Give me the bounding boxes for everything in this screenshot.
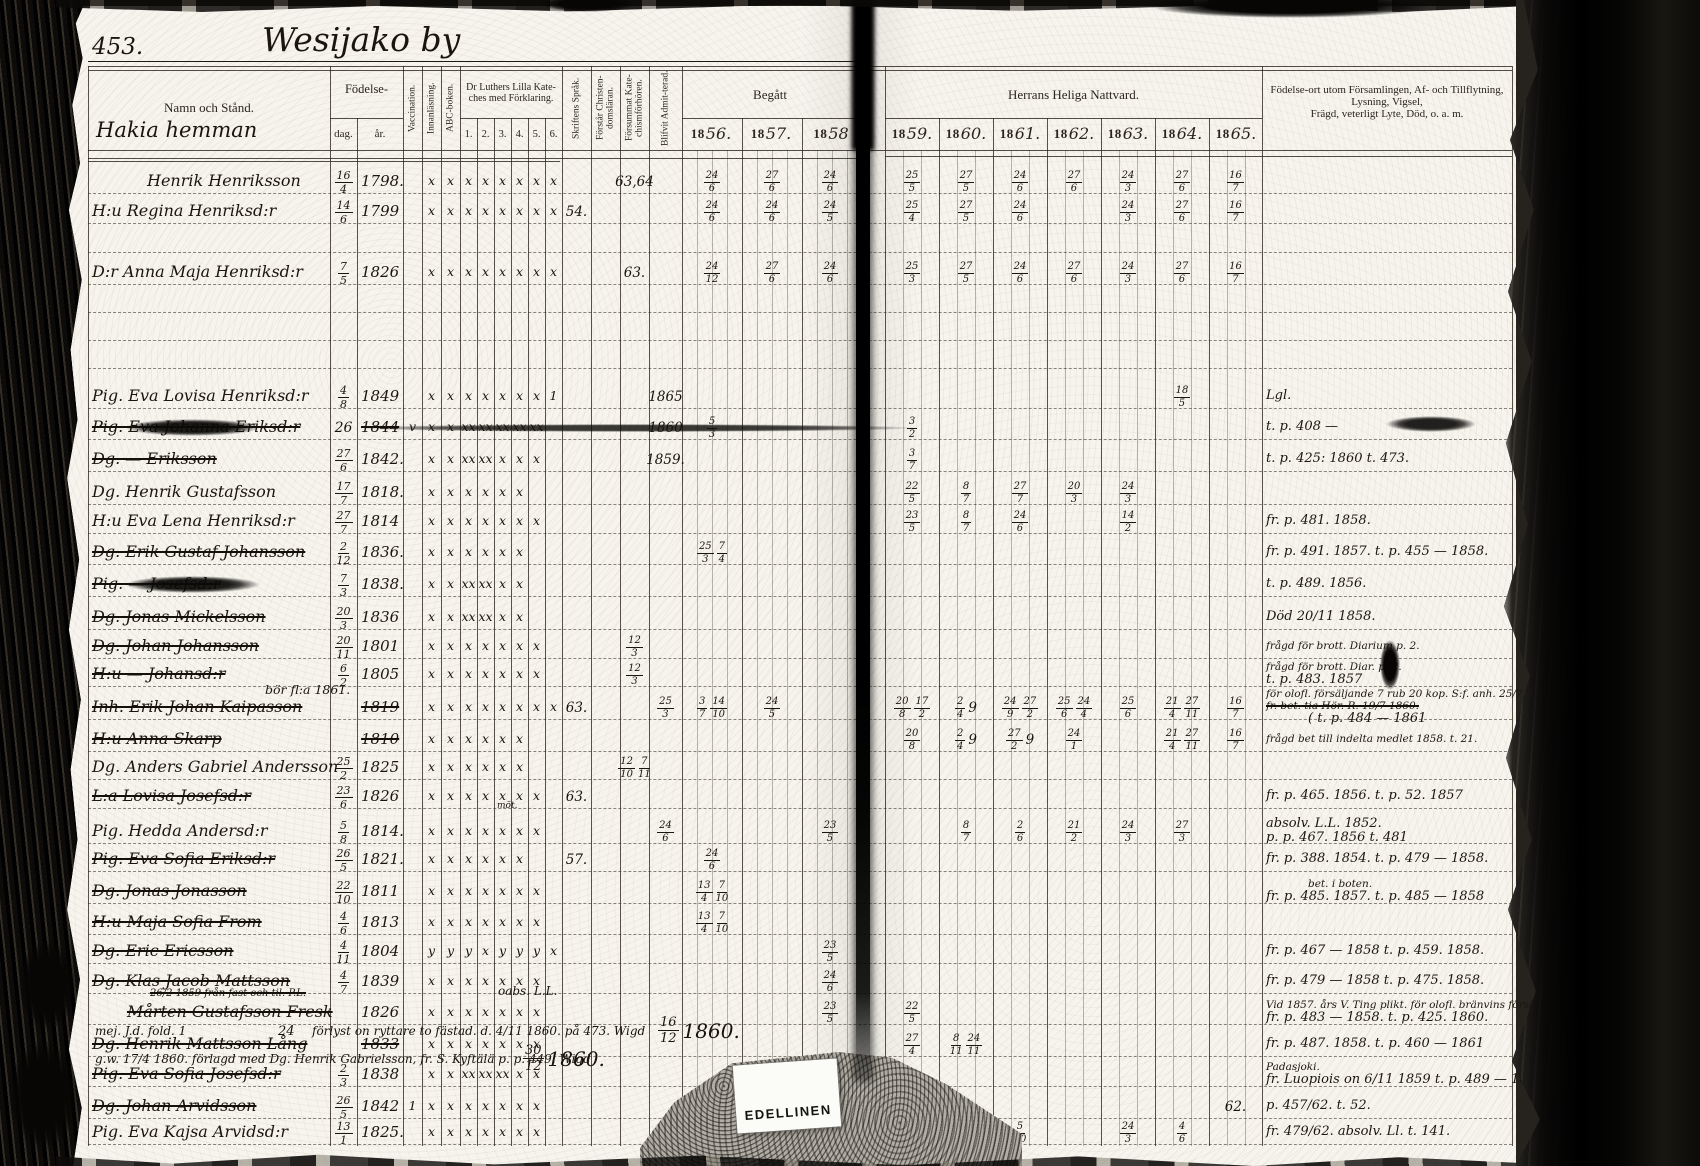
mark-cell: x [477, 1036, 495, 1051]
mark-cell: x [477, 1098, 495, 1113]
mark-cell: x [460, 666, 478, 681]
interline-note: g.w. 17/4 1860. förlagd med Dg. Henrik G… [95, 1052, 591, 1066]
grid-line [562, 66, 563, 1146]
scanned-parish-register-page: 453. Wesijako by Namn och Stånd. Födelse… [0, 0, 1700, 1166]
column-header-vaccination: Vaccination. [403, 68, 422, 148]
grid-line [787, 150, 788, 1146]
row-name: Dg. Jonas Jonasson [92, 881, 247, 900]
previous-page-label: EDELLINEN [744, 1102, 832, 1123]
note-line: frågd bet till indelta medlet 1858. t. 2… [1266, 733, 1512, 745]
mark-cell: x [423, 1004, 441, 1019]
ruled-line [88, 284, 1512, 285]
ruled-line [88, 340, 1512, 341]
row-birth-day: 26 [330, 418, 357, 438]
mark-cell: x [460, 1036, 478, 1051]
mark-cell: x [494, 264, 512, 279]
ruled-line [88, 934, 1512, 935]
communion-date: 275 [938, 263, 994, 283]
mark-cell: xx [477, 576, 495, 591]
row-birth-day: 58 [330, 822, 357, 842]
row-birth-year: 1819 [361, 698, 399, 716]
mark-cell: x [528, 203, 546, 218]
row-birth-year: 1810 [361, 730, 399, 748]
mark-cell: x [442, 823, 460, 838]
grid-line [885, 156, 1512, 157]
column-header-birth-year: år. [357, 120, 403, 148]
ruled-line [88, 368, 1512, 369]
communion-date: 246 [802, 972, 858, 992]
grid-line [649, 66, 650, 1146]
note-line: fr. Luopiois on 6/11 1859 t. p. 489 — 18… [1266, 1073, 1512, 1087]
mark-cell: x [494, 173, 512, 188]
mark-cell: x [423, 513, 441, 528]
mark-cell: x [494, 731, 512, 746]
mark-cell: x [460, 759, 478, 774]
mark-cell: x [477, 388, 495, 403]
mark-cell: x [477, 203, 495, 218]
catechism-subcolumn-label: 4. [511, 120, 528, 148]
ink-smear [540, 0, 635, 12]
grid-line [847, 150, 848, 1146]
mark-cell: x [460, 1124, 478, 1139]
mark-cell: x [423, 1036, 441, 1051]
grid-line [460, 118, 562, 119]
row-birth-year: 1805 [361, 665, 399, 683]
column-header-notes-line2: Frägd, veterligt Lyte, Död, o. a. m. [1266, 106, 1508, 122]
grid-line [1119, 150, 1120, 1146]
row-name: Dg. Jonas Mickelsson [92, 607, 266, 626]
communion-date: 167 [1208, 698, 1264, 718]
communion-date: 273 [1154, 822, 1210, 842]
mark-cell: x [477, 699, 495, 714]
mark-cell: x [423, 823, 441, 838]
column-header-reading: Innanläsning. [422, 68, 441, 148]
communion-date: 246 [638, 822, 694, 842]
row-birth-day: 146 [330, 202, 357, 222]
mark-cell: x [528, 666, 546, 681]
grid-line [330, 118, 403, 119]
ink-smear [1150, 0, 1430, 18]
row-birth-day: 2210 [330, 882, 357, 902]
mark-cell: x [477, 638, 495, 653]
ruled-line [88, 533, 1512, 534]
note-line: fr. p. 487. 1858. t. p. 460 — 1861 [1266, 1037, 1512, 1051]
row-name: H:u Anna Skarp [92, 729, 222, 748]
communion-date: 246 [802, 263, 858, 283]
grid-line [885, 66, 886, 1146]
mark-cell: x [494, 203, 512, 218]
mark-cell: y [494, 943, 512, 958]
grid-line [357, 118, 358, 1146]
mark-cell: x [460, 638, 478, 653]
mark-cell: x [460, 973, 478, 988]
mark-cell: x [511, 883, 529, 898]
ruled-line [88, 193, 1512, 194]
communion-date: 256 [1100, 698, 1156, 718]
row-birth-year: 1836 [361, 608, 399, 626]
communion-date: 87 [938, 483, 994, 503]
row-name: Dg. Johan Johansson [92, 636, 259, 655]
communion-date: 276 [1154, 263, 1210, 283]
row-note: för olofl. försäljande 7 rub 20 kop. S:f… [1266, 688, 1512, 726]
communion-date: 274 [884, 1035, 940, 1055]
row-birth-day: 131 [330, 1123, 357, 1143]
mark-cell: x [528, 883, 546, 898]
row-note: absolv. L.L. 1852.p. p. 467. 1856 t. 481 [1266, 817, 1512, 845]
communion-date: 87 [938, 822, 994, 842]
row-note: frågd bet till indelta medlet 1858. t. 2… [1266, 733, 1512, 745]
ruled-line [88, 751, 1512, 752]
book-gutter [856, 0, 870, 1078]
grid-line [832, 150, 833, 1146]
mark-cell: x [442, 609, 460, 624]
communion-date: 2412 [684, 263, 740, 283]
communion-date: 253 [884, 263, 940, 283]
communion-year-label: 1861. [993, 119, 1047, 148]
mark-cell: x [494, 1004, 512, 1019]
row-birth-day: 277 [330, 512, 357, 532]
communion-date: 246 [684, 172, 740, 192]
row-birth-day: 203 [330, 608, 357, 628]
communion-date: 243 [1100, 822, 1156, 842]
communion-date: 256244 [1046, 698, 1102, 718]
communion-date: 212 [1046, 822, 1102, 842]
grid-line [682, 66, 683, 1146]
row-name: Pig. Eva Lovisa Henriksd:r [92, 386, 309, 405]
row-birth-year: 1826 [361, 263, 399, 281]
wedding-date: 30121860. [523, 1044, 605, 1073]
grid-line [1083, 150, 1084, 1146]
mark-cell: x [460, 851, 478, 866]
mark-cell: x [442, 576, 460, 591]
row-note: Vid 1857. års V. Ting plikt. för olofl. … [1266, 999, 1512, 1025]
communion-year-label: 1864. [1155, 119, 1209, 148]
communion-date: 246 [684, 850, 740, 870]
row-note: fr. p. 481. 1858. [1266, 514, 1512, 528]
mark-cell: x [460, 914, 478, 929]
page-number: 453. [92, 34, 143, 60]
mark-cell: x [423, 203, 441, 218]
mark-cell: x [477, 823, 495, 838]
row-name: Henrik Henriksson [147, 171, 301, 190]
row-birth-year: 1818. [361, 483, 404, 501]
ruled-line [88, 808, 1512, 809]
mark-cell: x [423, 851, 441, 866]
mark-cell: x [494, 1098, 512, 1113]
ink-blot [8, 1040, 78, 1150]
mark-cell: x [460, 883, 478, 898]
mark-cell: x [423, 638, 441, 653]
mark-cell: x [528, 451, 546, 466]
grid-line [88, 66, 89, 1146]
communion-date: 37 [884, 450, 940, 470]
row-note: fr. p. 467 — 1858 t. p. 459. 1858. [1266, 944, 1512, 958]
communion-date: 208172 [884, 698, 940, 718]
communion-year-label: 1862. [1047, 119, 1101, 148]
row-birth-year: 1801 [361, 637, 399, 655]
mark-cell: x [477, 788, 495, 803]
ink-blot [18, 940, 76, 1030]
row-name: Dg. Henrik Gustafsson [92, 482, 276, 501]
mark-cell: x [511, 759, 529, 774]
communion-date: 275 [938, 172, 994, 192]
mark-cell: y [460, 943, 478, 958]
note-line: fr. p. 465. 1856. t. p. 52. 1857 [1266, 789, 1512, 803]
row-name: H:u Eva Lena Henriksd:r [92, 511, 295, 530]
communion-date: 134710 [684, 913, 740, 933]
column-header-scripture: Skriftens Språk. [562, 68, 591, 148]
row-note: fr. 479/62. absolv. Ll. t. 141. [1266, 1125, 1512, 1139]
row-birth-year: 1838 [361, 1065, 399, 1083]
mark-cell: x [494, 823, 512, 838]
mark-cell: x [442, 914, 460, 929]
ruled-line [88, 223, 1512, 224]
row-birth-year: 1804 [361, 942, 399, 960]
mark-cell: x [442, 851, 460, 866]
communion-date: 275 [938, 202, 994, 222]
communion-date: 246 [992, 263, 1048, 283]
mark-cell: x [528, 388, 546, 403]
row-subnote: 26/2 1859 från fast och til. P.L. [150, 988, 306, 999]
grid-line [903, 150, 904, 1146]
mark-cell: x [477, 973, 495, 988]
mark-cell: x [477, 914, 495, 929]
mark-cell: x [460, 388, 478, 403]
mark-cell: x [442, 1098, 460, 1113]
mark-cell: x [442, 1066, 460, 1081]
ruled-line [88, 596, 1512, 597]
grid-line [712, 150, 713, 1146]
mark-cell: x [442, 666, 460, 681]
communion-date: 246 [802, 172, 858, 192]
note-line: fr. p. 467 — 1858 t. p. 459. 1858. [1266, 944, 1512, 958]
mark-cell: x [423, 759, 441, 774]
mark-cell: x [494, 699, 512, 714]
row-birth-year: 1842 [361, 1097, 399, 1115]
mark-cell: x [442, 173, 460, 188]
communion-date: 243 [1100, 172, 1156, 192]
mark-cell: x [511, 638, 529, 653]
communion-date: 123 [607, 665, 663, 685]
mark-cell: x [511, 1004, 529, 1019]
mark-cell: x [423, 699, 441, 714]
mark-cell: x [477, 1004, 495, 1019]
grid-line [1173, 150, 1174, 1146]
title-underline [88, 61, 860, 62]
communion-date: 225 [884, 483, 940, 503]
mark-cell: x [460, 484, 478, 499]
mark-cell: x [511, 203, 529, 218]
interline-note: mej. J.d. fold. 1 [95, 1024, 186, 1038]
wedding-date: 16121860. [658, 1016, 740, 1045]
catechism-subcolumn-label: 1. [460, 120, 477, 148]
mark-cell: x [442, 638, 460, 653]
grid-line [742, 118, 743, 1146]
ruled-line [88, 439, 1512, 440]
row-birth-year: 1836. [361, 543, 404, 561]
communion-date: 276 [1046, 263, 1102, 283]
row-birth-year: 1826 [361, 1003, 399, 1021]
mark-cell: x [423, 544, 441, 559]
row-birth-year: 1813 [361, 913, 399, 931]
mark-cell: xx [460, 451, 478, 466]
row-birth-day: 411 [330, 942, 357, 962]
mark-cell: x [545, 173, 563, 188]
note-line: absolv. L.L. 1852. [1266, 817, 1512, 831]
communion-date: 62. [1208, 1097, 1264, 1117]
mark-cell: x [423, 609, 441, 624]
mark-cell: x [477, 264, 495, 279]
row-birth-day: 265 [330, 1097, 357, 1117]
row-name: Pig. Eva Sofia Eriksd:r [92, 849, 275, 868]
mark-cell: x [423, 576, 441, 591]
grid-line [727, 150, 728, 1146]
ink-blot [125, 576, 260, 593]
mark-cell: x [460, 264, 478, 279]
row-birth-day: 177 [330, 483, 357, 503]
row-birth-year: 1814. [361, 822, 404, 840]
mark-cell: xx [460, 1066, 478, 1081]
grid-line [1011, 150, 1012, 1146]
row-birth-year: 1849 [361, 387, 399, 405]
row-note: t. p. 489. 1856. [1266, 577, 1512, 591]
mark-cell: x [423, 388, 441, 403]
grid-line [1227, 150, 1228, 1146]
communion-date: 249272 [992, 698, 1048, 718]
mark-cell: x [442, 1036, 460, 1051]
row-name: Mårten Gustafsson Fresk [127, 1002, 333, 1021]
communion-year-label: 1860. [939, 119, 993, 148]
row-name: H:u — Johansd:r [92, 664, 226, 683]
row-birth-year: 1798. [361, 172, 404, 190]
communion-year-label: 1865. [1209, 119, 1263, 148]
ruled-line [88, 312, 1512, 313]
row-note: fr. p. 465. 1856. t. p. 52. 1857 [1266, 789, 1512, 803]
communion-date: 167 [1208, 172, 1264, 192]
note-line: fr. p. 491. 1857. t. p. 455 — 1858. [1266, 545, 1512, 559]
section-title: Hakia hemman [96, 118, 257, 142]
mark-cell: x [460, 731, 478, 746]
row-birth-year: 1825 [361, 758, 399, 776]
row-birth-day: 23 [330, 1065, 357, 1085]
communion-date: 235 [802, 942, 858, 962]
grid-line [88, 161, 560, 162]
communion-date: 1865 [638, 387, 694, 407]
mark-cell: x [477, 173, 495, 188]
mark-cell: x [494, 638, 512, 653]
communion-date: 63. [607, 263, 663, 283]
communion-date: 25374 [684, 543, 740, 563]
row-note: fr. p. 388. 1854. t. p. 479 — 1858. [1266, 852, 1512, 866]
mark-cell: x [460, 699, 478, 714]
begatt-year-label: 1856. [682, 119, 740, 148]
mark-cell: x [528, 823, 546, 838]
communion-date: 53 [684, 418, 740, 438]
ruled-line [88, 871, 1512, 872]
mark-cell: x [423, 451, 441, 466]
communion-date: 1859. [638, 450, 694, 470]
begatt-year-label: 1857. [742, 119, 800, 148]
column-header-missed-exams: Försummat Kate-chismförhören. [620, 68, 649, 148]
row-birth-day: 47 [330, 972, 357, 992]
communion-date: 8112411 [938, 1035, 994, 1055]
communion-date: 63. [549, 787, 605, 807]
row-name: L:a Lovisa Josefsd:r [92, 786, 251, 805]
mark-cell: x [423, 264, 441, 279]
mark-cell: x [423, 173, 441, 188]
row-birth-day: 236 [330, 787, 357, 807]
mark-cell: xx [460, 609, 478, 624]
mark-cell: xx [477, 451, 495, 466]
catechism-subcolumn-label: 2. [477, 120, 494, 148]
communion-year-label: 1859. [885, 119, 939, 148]
mark-cell: x [528, 264, 546, 279]
interline-note: 24 [278, 1024, 295, 1039]
mark-cell: x [423, 731, 441, 746]
row-birth-year: 1825. [361, 1123, 404, 1141]
communion-date: 249 [938, 698, 994, 718]
catechism-subcolumn-label: 5. [528, 120, 545, 148]
mark-cell: x [442, 203, 460, 218]
communion-date: 2729 [992, 730, 1048, 750]
row-birth-day: 252 [330, 758, 357, 778]
mark-cell: x [494, 609, 512, 624]
grid-line [88, 158, 860, 159]
mark-cell: x [511, 544, 529, 559]
ink-blot [1386, 416, 1476, 432]
mark-cell: x [460, 788, 478, 803]
mark-cell: xx [528, 419, 546, 434]
mark-cell: x [442, 1124, 460, 1139]
mark-cell: x [528, 699, 546, 714]
column-header-birth: Födelse- [330, 72, 403, 106]
communion-date: 276 [744, 263, 800, 283]
mark-cell: xx [460, 419, 478, 434]
mark-cell: x [423, 914, 441, 929]
mark-cell: x [545, 264, 563, 279]
mark-cell: x [528, 788, 546, 803]
column-header-begatt: Begått [682, 80, 858, 110]
mark-cell: y [442, 943, 460, 958]
communion-date: 167 [1208, 730, 1264, 750]
mark-cell: x [494, 484, 512, 499]
grid-line [1245, 150, 1246, 1146]
row-note: t. p. 408 — [1266, 420, 1512, 434]
communion-date: 243 [1100, 263, 1156, 283]
communion-date: 87 [938, 512, 994, 532]
mark-cell: x [477, 851, 495, 866]
mark-cell: x [477, 484, 495, 499]
communion-date: 63. [549, 698, 605, 718]
communion-date: 134710 [684, 882, 740, 902]
mark-cell: x [528, 638, 546, 653]
ruled-line [88, 963, 1512, 964]
communion-date: 249 [938, 730, 994, 750]
previous-page-button[interactable]: EDELLINEN [733, 1058, 841, 1133]
mark-cell: x [460, 1098, 478, 1113]
mark-cell: x [477, 759, 495, 774]
column-header-notes-line1: Födelse-ort utom Församlingen, Af- och T… [1266, 88, 1508, 104]
mark-cell: x [511, 609, 529, 624]
row-birth-year: 1814 [361, 512, 399, 530]
note-line: fr. p. 483 — 1858. t. p. 425. 1860. [1266, 1011, 1512, 1025]
grid-line [620, 66, 621, 1146]
grid-line [1029, 150, 1030, 1146]
row-birth-year: 1821. [361, 850, 404, 868]
mark-cell: x [442, 484, 460, 499]
note-line: Död 20/11 1858. [1266, 610, 1512, 624]
row-annotation-above: bör fl:a 1861. [265, 682, 350, 697]
